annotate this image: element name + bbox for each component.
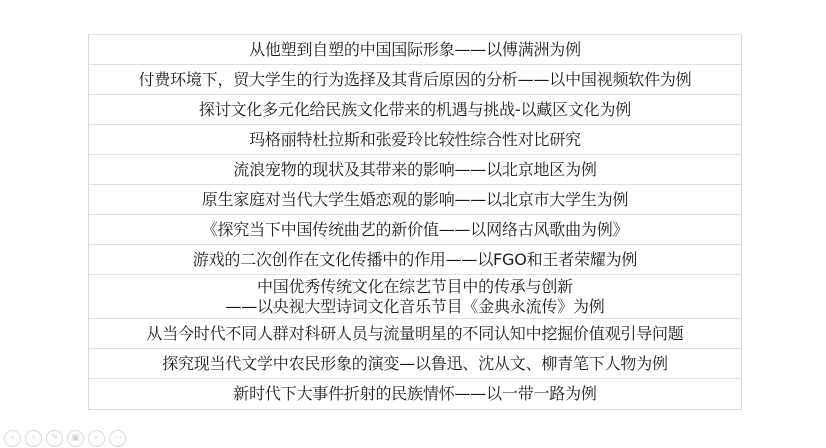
previous-icon: ‹ [11, 434, 15, 443]
table-row: 原生家庭对当代大学生婚恋观的影响——以北京市大学生为例 [89, 185, 741, 215]
table-row: 探讨文化多元化给民族文化带来的机遇与挑战-以藏区文化为例 [89, 95, 741, 125]
previous-button[interactable]: ‹ [4, 430, 21, 447]
table-row: 付费环境下，贸大学生的行为选择及其背后原因的分析——以中国视频软件为例 [89, 65, 741, 95]
presentation-slide: 从他塑到自塑的中国国际形象——以傅满洲为例 付费环境下，贸大学生的行为选择及其背… [0, 0, 826, 448]
next-button[interactable]: › [25, 430, 42, 447]
topic-text: 从当今时代不同人群对科研人员与流量明星的不同认知中挖掘价值观引导问题 [146, 324, 683, 344]
topic-text: 游戏的二次创作在文化传播中的作用——以FGO和王者荣耀为例 [193, 250, 637, 270]
table-row: 探究现当代文学中农民形象的演变—以鲁迅、沈从文、柳青笔下人物为例 [89, 349, 741, 379]
topic-text: 《探究当下中国传统曲艺的新价值——以网络古风歌曲为例》 [202, 220, 629, 240]
highlighter-icon: ▣ [71, 434, 80, 443]
topic-text: 原生家庭对当代大学生婚恋观的影响——以北京市大学生为例 [202, 190, 629, 210]
slideshow-toolbar: ‹ › ✎ ▣ ⌕ ⋯ [4, 430, 126, 447]
table-row: 游戏的二次创作在文化传播中的作用——以FGO和王者荣耀为例 [89, 245, 741, 275]
table-row: 从他塑到自塑的中国国际形象——以傅满洲为例 [89, 35, 741, 65]
table-row: 从当今时代不同人群对科研人员与流量明星的不同认知中挖掘价值观引导问题 [89, 319, 741, 349]
topic-table: 从他塑到自塑的中国国际形象——以傅满洲为例 付费环境下，贸大学生的行为选择及其背… [88, 34, 742, 410]
more-icon: ⋯ [113, 434, 122, 443]
topic-text: 从他塑到自塑的中国国际形象——以傅满洲为例 [249, 40, 581, 60]
pen-icon: ✎ [51, 434, 59, 443]
topic-text: 探讨文化多元化给民族文化带来的机遇与挑战-以藏区文化为例 [199, 100, 631, 120]
topic-subtitle-text: ——以央视大型诗词文化音乐节目《金典永流传》为例 [225, 297, 604, 317]
more-button[interactable]: ⋯ [109, 430, 126, 447]
topic-text: 玛格丽特杜拉斯和张爱玲比较性综合性对比研究 [249, 130, 581, 150]
zoom-icon: ⌕ [94, 434, 99, 443]
highlighter-button[interactable]: ▣ [67, 430, 84, 447]
topic-text: 流浪宠物的现状及其带来的影响——以北京地区为例 [233, 160, 596, 180]
table-row: 《探究当下中国传统曲艺的新价值——以网络古风歌曲为例》 [89, 215, 741, 245]
table-row: 中国优秀传统文化在综艺节目中的传承与创新 ——以央视大型诗词文化音乐节目《金典永… [89, 275, 741, 319]
topic-text: 付费环境下，贸大学生的行为选择及其背后原因的分析——以中国视频软件为例 [138, 70, 691, 90]
zoom-button[interactable]: ⌕ [88, 430, 105, 447]
table-row: 流浪宠物的现状及其带来的影响——以北京地区为例 [89, 155, 741, 185]
topic-text: 新时代下大事件折射的民族情怀——以一带一路为例 [233, 384, 596, 404]
topic-text: 中国优秀传统文化在综艺节目中的传承与创新 [257, 277, 573, 297]
pen-button[interactable]: ✎ [46, 430, 63, 447]
next-icon: › [32, 434, 36, 443]
table-row: 新时代下大事件折射的民族情怀——以一带一路为例 [89, 379, 741, 409]
topic-text: 探究现当代文学中农民形象的演变—以鲁迅、沈从文、柳青笔下人物为例 [162, 354, 668, 374]
table-row: 玛格丽特杜拉斯和张爱玲比较性综合性对比研究 [89, 125, 741, 155]
